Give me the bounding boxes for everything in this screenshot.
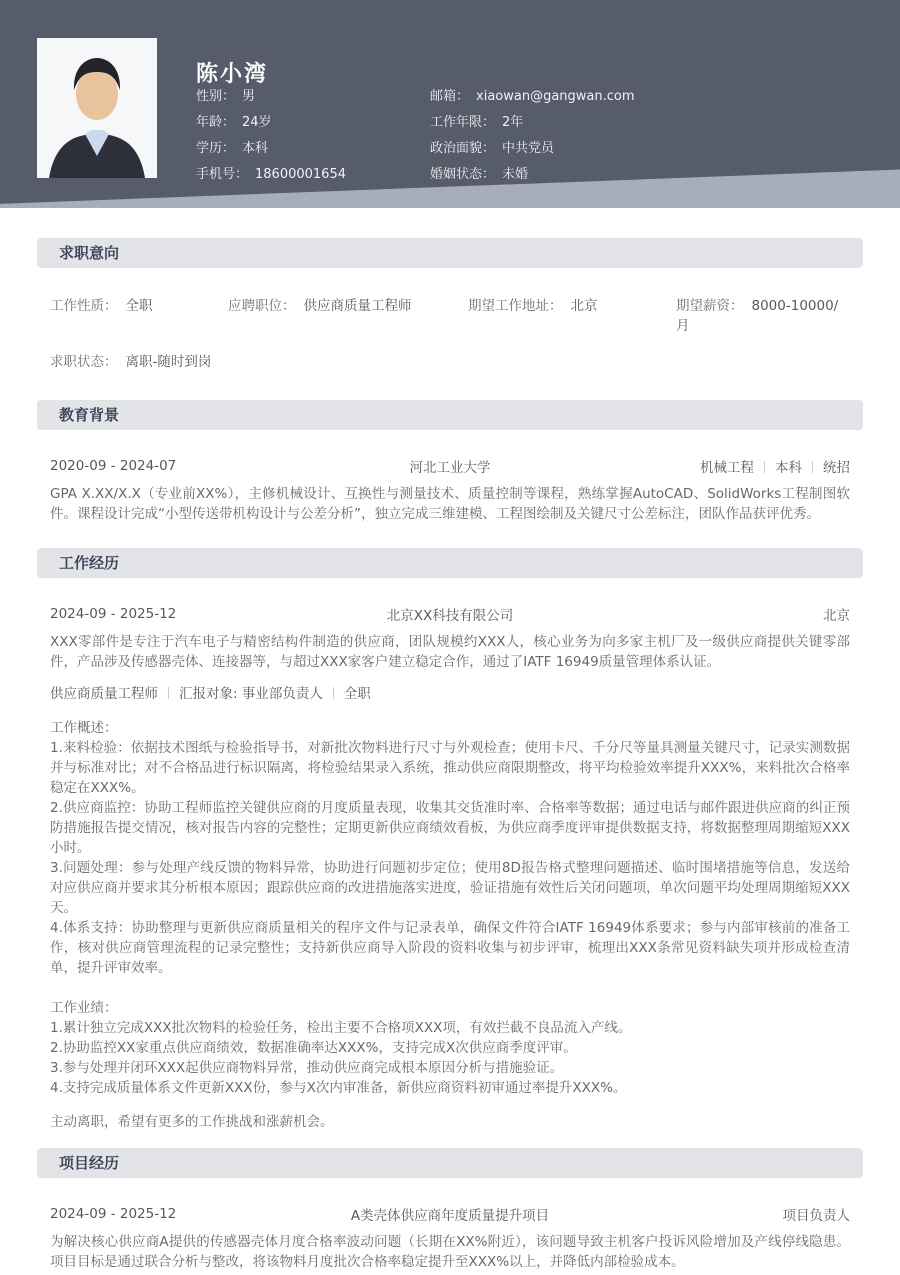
field-value: 北京 — [571, 298, 598, 314]
overview-item: 3.问题处理：参与处理产线反馈的物料异常，协助进行问题初步定位；使用8D报告格式… — [50, 858, 850, 918]
detail-label: 学历： — [196, 141, 235, 156]
job-type: 全职 — [344, 686, 371, 702]
field-value: 离职-随时到岗 — [126, 354, 212, 370]
detail-political-status: 政治面貌：中共党员 — [430, 137, 635, 156]
position-title: 供应商质量工程师 — [50, 686, 158, 702]
detail-label: 政治面貌： — [430, 141, 495, 156]
section-title-bar: 工作经历 — [37, 548, 863, 578]
project-description: 为解决核心供应商A提供的传感器壳体月度合格率波动问题（长期在XX%附近），该问题… — [50, 1232, 850, 1272]
degree: 本科 — [775, 460, 802, 476]
company-name: 北京XX科技有限公司 — [387, 604, 514, 624]
major: 机械工程 — [700, 460, 754, 476]
detail-label: 工作年限： — [430, 115, 495, 130]
education-tags: 机械工程本科统招 — [700, 456, 850, 476]
field-label: 期望工作地址： — [468, 298, 563, 314]
detail-gender: 性别：男 — [196, 85, 430, 104]
education-meta-row: 2020-09 - 2024-07 河北工业大学 机械工程本科统招 — [50, 456, 850, 476]
work-meta-row: 2024-09 - 2025-12 北京XX科技有限公司 北京 — [50, 604, 850, 624]
achievement-item: 4.支持完成质量体系文件更新XXX份，参与X次内审准备，新供应商资料初审通过率提… — [50, 1078, 850, 1098]
school-name: 河北工业大学 — [410, 456, 491, 476]
field-value: 全职 — [126, 298, 153, 314]
education-period: 2020-09 - 2024-07 — [50, 458, 176, 474]
overview-item: 4.体系支持：协助整理与更新供应商质量相关的程序文件与记录表单，确保文件符合IA… — [50, 918, 850, 978]
detail-label: 年龄： — [196, 115, 235, 130]
detail-value: 本科 — [242, 141, 268, 156]
resume-body: 求职意向 工作性质：全职 应聘职位：供应商质量工程师 期望工作地址：北京 期望薪… — [37, 238, 863, 1272]
achievements-heading: 工作业绩： — [50, 998, 850, 1018]
section-job-intent: 求职意向 工作性质：全职 应聘职位：供应商质量工程师 期望工作地址：北京 期望薪… — [37, 238, 863, 370]
field-label: 求职状态： — [50, 354, 118, 370]
section-title: 教育背景 — [59, 406, 119, 424]
achievement-item: 3.参与处理并闭环XXX起供应商物料异常，推动供应商完成根本原因分析与措施验证。 — [50, 1058, 850, 1078]
detail-email: 邮箱：xiaowan@gangwan.com — [430, 85, 635, 104]
field-label: 应聘职位： — [228, 298, 296, 314]
detail-degree: 学历：本科 — [196, 137, 430, 156]
detail-age: 年龄：24岁 — [196, 111, 430, 130]
section-title-bar: 求职意向 — [37, 238, 863, 268]
overview-heading: 工作概述： — [50, 718, 850, 738]
education-description: GPA X.XX/X.X（专业前XX%），主修机械设计、互换性与测量技术、质量控… — [50, 484, 850, 524]
work-period: 2024-09 - 2025-12 — [50, 606, 176, 622]
intent-fields-row: 工作性质：全职 应聘职位：供应商质量工程师 期望工作地址：北京 期望薪资：800… — [50, 294, 850, 334]
project-period: 2024-09 - 2025-12 — [50, 1206, 176, 1222]
profile-photo — [37, 38, 157, 178]
divider — [764, 461, 765, 473]
detail-value: 中共党员 — [502, 141, 554, 156]
field-label: 工作性质： — [50, 298, 118, 314]
detail-phone: 手机号：18600001654 — [196, 163, 430, 182]
detail-label: 性别： — [196, 89, 235, 104]
divider — [168, 687, 169, 699]
detail-label: 婚姻状态： — [430, 167, 495, 182]
divider — [333, 687, 334, 699]
divider — [812, 461, 813, 473]
section-work-experience: 工作经历 2024-09 - 2025-12 北京XX科技有限公司 北京 XXX… — [37, 548, 863, 1132]
project-role: 项目负责人 — [783, 1204, 851, 1224]
field-job-nature: 工作性质：全职 — [50, 294, 228, 334]
section-title: 项目经历 — [59, 1154, 119, 1172]
field-expected-salary: 期望薪资：8000-10000/月 — [676, 294, 850, 334]
detail-value: 男 — [242, 89, 255, 104]
profile-photo-image — [37, 38, 157, 178]
field-value: 供应商质量工程师 — [304, 298, 412, 314]
overview-item: 2.供应商监控：协助工程师监控关键供应商的月度质量表现，收集其交货准时率、合格率… — [50, 798, 850, 858]
project-name: A类壳体供应商年度质量提升项目 — [351, 1204, 549, 1224]
work-achievements-block: 工作业绩： 1.累计独立完成XXX批次物料的检验任务，检出主要不合格项XXX项，… — [50, 998, 850, 1098]
detail-value: 未婚 — [502, 167, 528, 182]
achievement-item: 1.累计独立完成XXX批次物料的检验任务，检出主要不合格项XXX项，有效拦截不良… — [50, 1018, 850, 1038]
detail-label: 邮箱： — [430, 89, 469, 104]
section-title-bar: 教育背景 — [37, 400, 863, 430]
section-education: 教育背景 2020-09 - 2024-07 河北工业大学 机械工程本科统招 G… — [37, 400, 863, 524]
detail-marital-status: 婚姻状态：未婚 — [430, 163, 635, 182]
detail-value: 18600001654 — [255, 167, 346, 182]
position-line: 供应商质量工程师汇报对象: 事业部负责人全职 — [50, 682, 850, 702]
enrollment-type: 统招 — [823, 460, 850, 476]
leave-reason: 主动离职，希望有更多的工作挑战和涨薪机会。 — [50, 1112, 850, 1132]
overview-item: 1.来料检验：依据技术图纸与检验指导书，对新批次物料进行尺寸与外观检查；使用卡尺… — [50, 738, 850, 798]
section-title: 工作经历 — [59, 554, 119, 572]
detail-value: xiaowan@gangwan.com — [476, 89, 635, 104]
detail-value: 2年 — [502, 115, 523, 130]
field-target-location: 期望工作地址：北京 — [468, 294, 676, 334]
field-label: 期望薪资： — [676, 298, 744, 314]
section-title: 求职意向 — [59, 244, 119, 262]
field-target-position: 应聘职位：供应商质量工程师 — [228, 294, 468, 334]
resume-header: 陈小湾 性别：男 年龄：24岁 学历：本科 手机号：18600001654 邮箱… — [0, 0, 900, 208]
company-intro: XXX零部件是专注于汽车电子与精密结构件制造的供应商，团队规模约XXX人，核心业… — [50, 632, 850, 672]
achievement-item: 2.协助监控XX家重点供应商绩效，数据准确率达XXX%，支持完成X次供应商季度评… — [50, 1038, 850, 1058]
report-to: 汇报对象: 事业部负责人 — [179, 686, 323, 702]
section-project-experience: 项目经历 2024-09 - 2025-12 A类壳体供应商年度质量提升项目 项… — [37, 1148, 863, 1272]
header-details-grid: 性别：男 年龄：24岁 学历：本科 手机号：18600001654 邮箱：xia… — [196, 81, 635, 185]
detail-value: 24岁 — [242, 115, 272, 130]
detail-label: 手机号： — [196, 167, 248, 182]
section-title-bar: 项目经历 — [37, 1148, 863, 1178]
work-overview-block: 工作概述： 1.来料检验：依据技术图纸与检验指导书，对新批次物料进行尺寸与外观检… — [50, 718, 850, 978]
field-job-status: 求职状态：离职-随时到岗 — [50, 350, 850, 370]
work-location: 北京 — [823, 604, 850, 624]
detail-experience-years: 工作年限：2年 — [430, 111, 635, 130]
project-meta-row: 2024-09 - 2025-12 A类壳体供应商年度质量提升项目 项目负责人 — [50, 1204, 850, 1224]
